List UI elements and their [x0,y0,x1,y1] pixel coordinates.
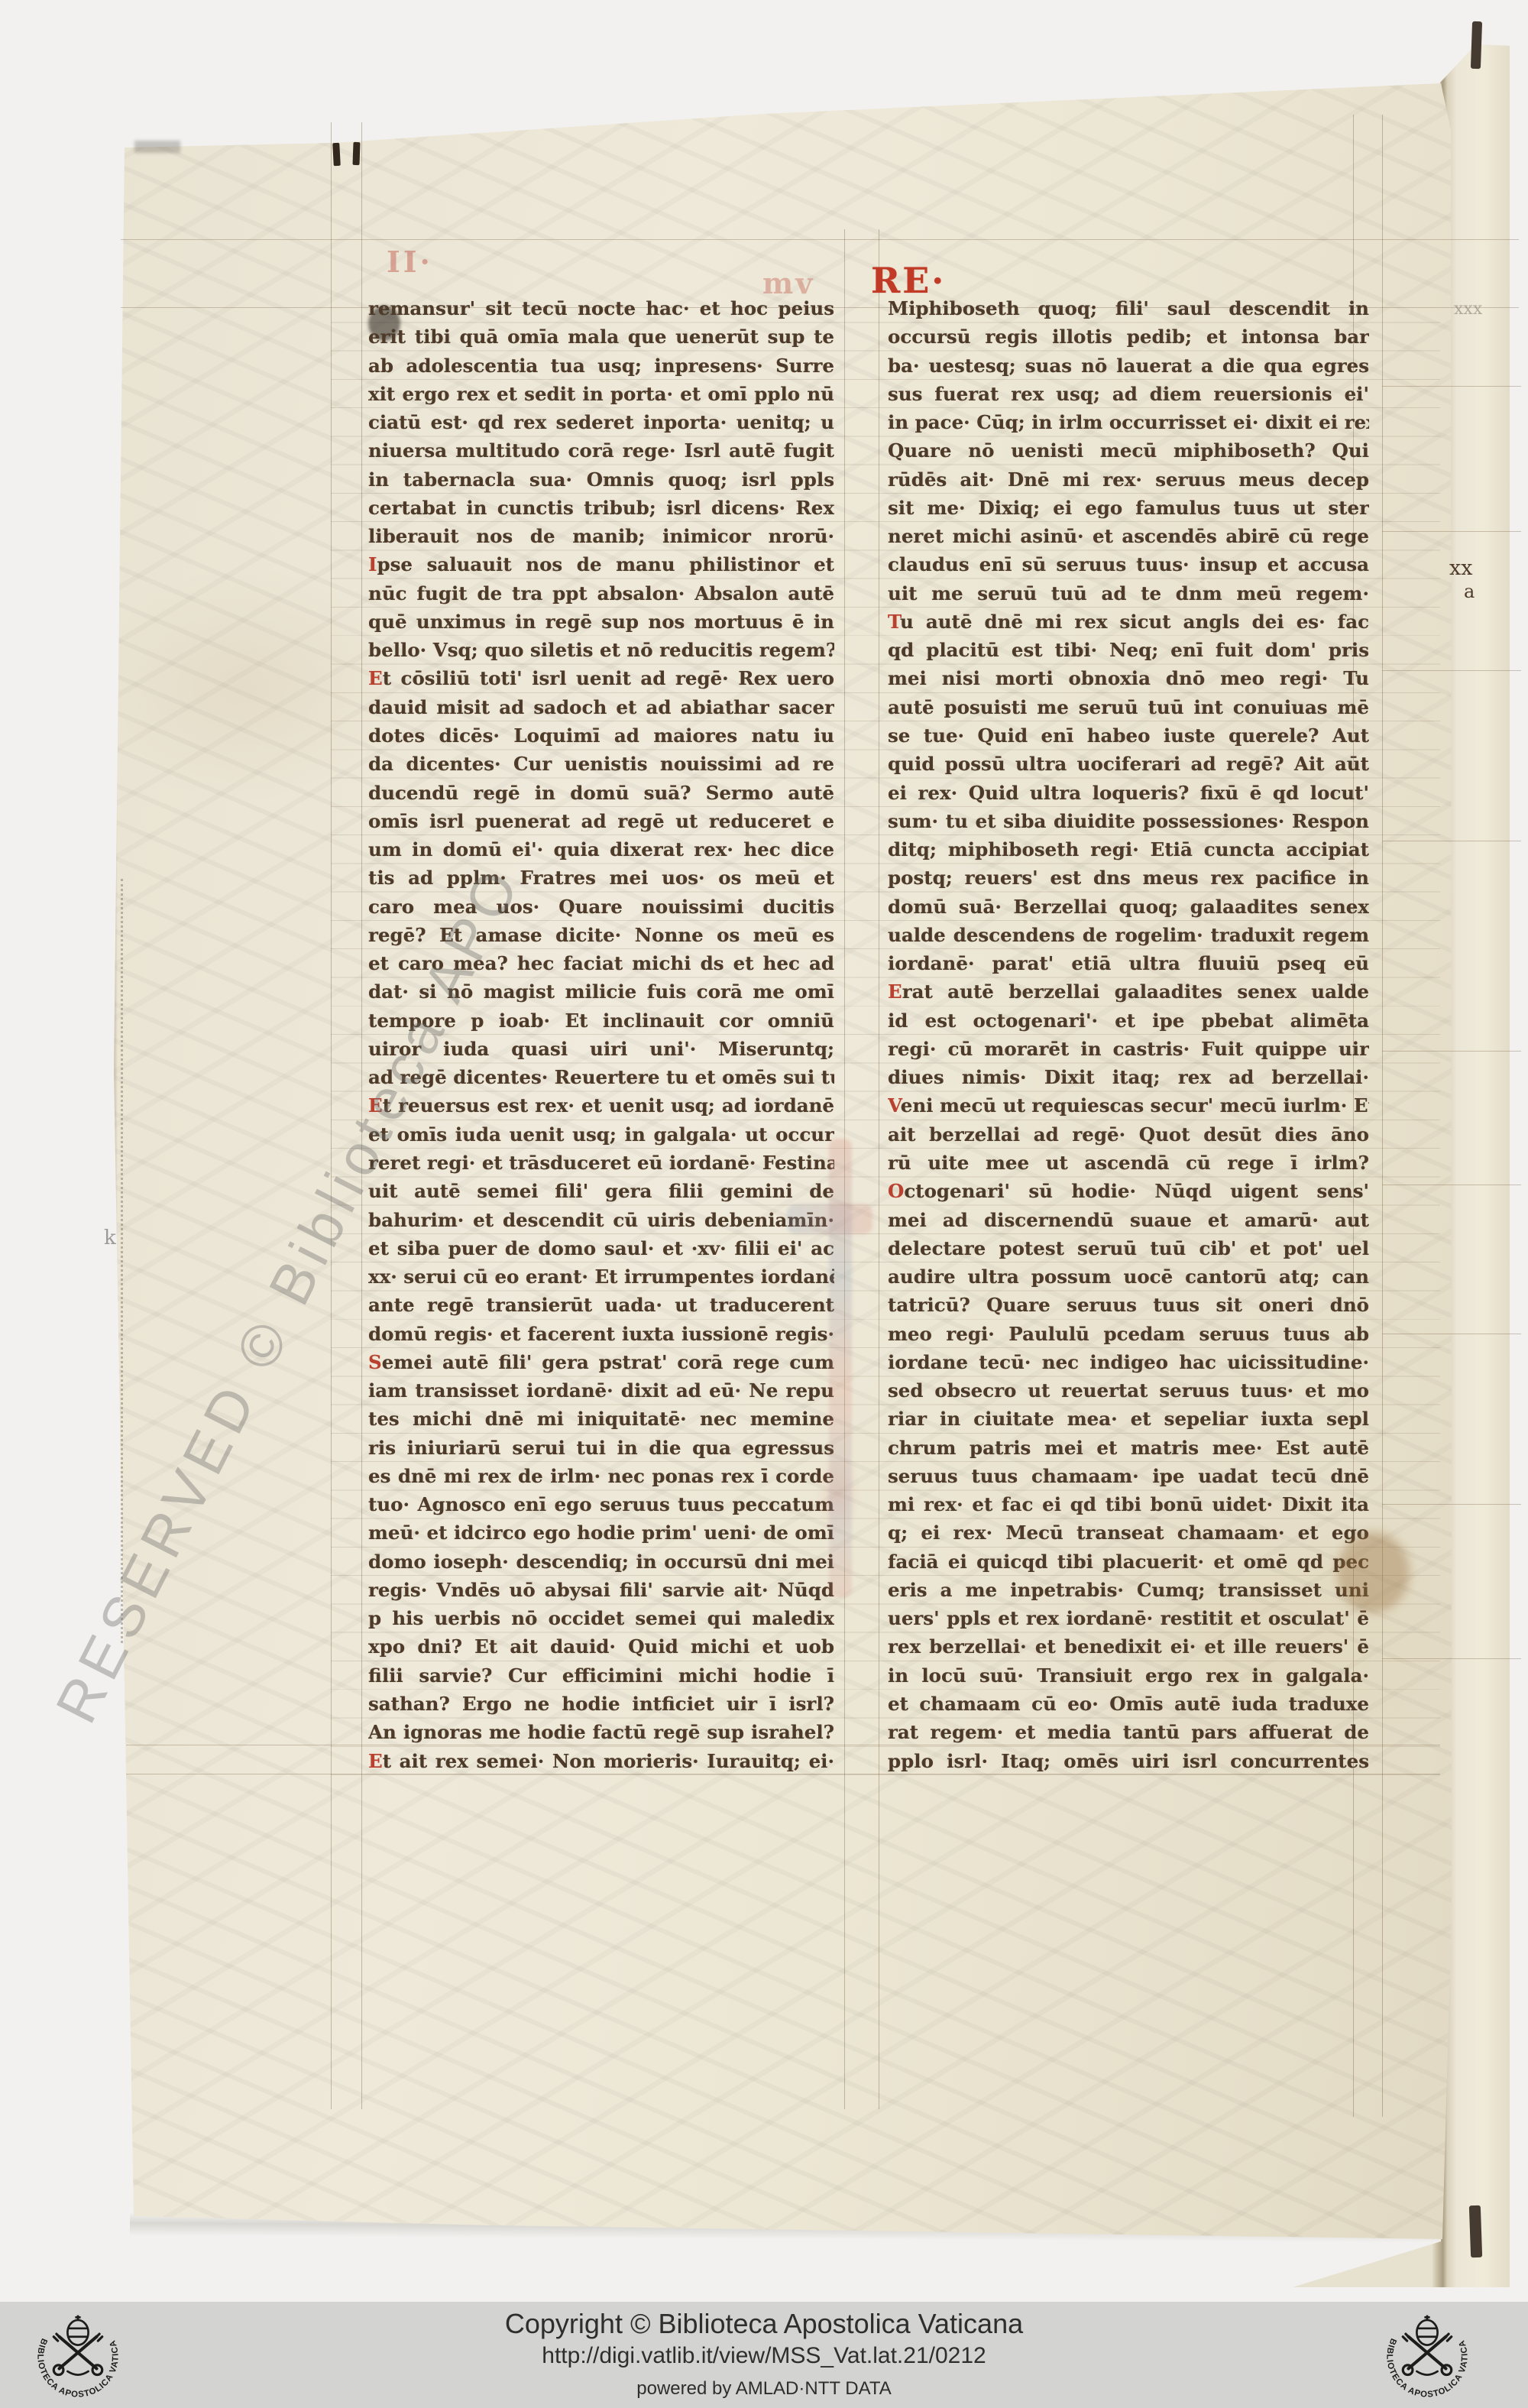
papal-tiara-icon [67,2316,88,2345]
manuscript-text-line: ante regē transierūt uada· ut traduceren… [368,1291,834,1319]
manuscript-text-line: niuersa multitudo corā rege· Isrl autē f… [368,436,834,465]
manuscript-text-line: Tu autē dnē mi rex sicut angls dei es· f… [888,608,1369,636]
manuscript-text-line: in pace· Cūq; in irlm occurrisset ei· di… [888,408,1369,436]
manuscript-text-line: Et cōsiliū toti' isrl uenit ad regē· Rex… [368,664,834,692]
ruling-extension [1382,1185,1521,1185]
manuscript-text-line: erit tibi quā omīa mala que uenerūt sup … [368,322,834,351]
manuscript-text-line: reret regi· et trāsduceret eū iordanē· F… [368,1149,834,1177]
manuscript-text-line: seruus tuus chamaam· ipe uadat tecū dnē [888,1462,1369,1490]
manuscript-text-line: rūdēs ait· Dnē mi rex· seruus meus decep [888,465,1369,494]
ink-mark [352,142,360,165]
manuscript-text-line: domo ioseph· descendiq; in occursū dni m… [368,1548,834,1576]
manuscript-text-line: delectare potest seruū tuū cib' et pot' … [888,1234,1369,1262]
rubricated-initial: O [888,1180,904,1202]
manuscript-text-line: tuo· Agnosco enī ego seruus tuus peccatu… [368,1490,834,1518]
crossed-keys-icon [1403,2334,1451,2374]
manuscript-text-line: Erat autē berzellai galaadites senex ual… [888,977,1369,1006]
manuscript-text-line: xit ergo rex et sedit in porta· et omī p… [368,380,834,408]
running-header-left: II· [387,245,433,279]
manuscript-text-line: ait berzellai ad regē· Quot desūt dies ā… [888,1120,1369,1149]
pricking-holes [121,879,123,1643]
margin-note: xx [1449,556,1472,580]
digitized-manuscript-page: II· mv RE· remansur' sit tecū nocte hac·… [0,0,1528,2408]
manuscript-text-line: meo regi· Paululū pcedam seruus tuus ab [888,1320,1369,1348]
footer-url: http://digi.vatlib.it/view/MSS_Vat.lat.2… [0,2343,1528,2369]
logo-ring-text: BIBLIOTECA APOSTOLICA VATICANA [26,2305,121,2400]
crossed-keys-icon [53,2334,102,2374]
manuscript-text-line: tis ad pplm· Fratres mei uos· os meū et [368,864,834,892]
manuscript-column-2: Miphiboseth quoq; fili' saul descendit i… [888,294,1369,1775]
manuscript-text-line: bahurim· et descendit cū uiris debeniamī… [368,1206,834,1234]
manuscript-text-line: xpo dni? Et ait dauid· Quid michi et uob [368,1632,834,1661]
manuscript-text-line: audire ultra possum uocē cantorū atq; ca… [888,1262,1369,1291]
manuscript-text-line: sum· tu et siba diuidite possessiones· R… [888,807,1369,835]
manuscript-text-line: certabat in cunctis tribub; isrl dicens·… [368,494,834,522]
manuscript-text-line: nūc fugit de tra ppt absalon· Absalon au… [368,579,834,608]
manuscript-text-line: tes michi dnē mi iniquitatē· nec memine [368,1405,834,1433]
manuscript-text-line: et siba puer de domo saul· et ·xv· filii… [368,1234,834,1262]
ink-mark [332,143,341,166]
rubricated-initial: V [888,1094,901,1116]
manuscript-text-line: remansur' sit tecū nocte hac· et hoc pei… [368,294,834,322]
papal-tiara-icon [1416,2316,1437,2345]
parchment-stain [1337,1532,1410,1612]
footer-copyright: Copyright © Biblioteca Apostolica Vatica… [0,2308,1528,2340]
rubricated-initial: E [368,667,383,689]
manuscript-text-line: occursū regis illotis pedib; et intonsa … [888,322,1369,351]
manuscript-text-line: Miphiboseth quoq; fili' saul descendit i… [888,294,1369,322]
manuscript-text-line: claudus enī sū seruus tuus· insup et acc… [888,550,1369,579]
manuscript-text-line: quē unximus in regē sup nos mortuus ē in [368,608,834,636]
manuscript-text-line: chrum patris mei et matris mee· Est autē [888,1434,1369,1462]
margin-note-faint: xxx [1454,300,1482,319]
manuscript-text-line: xx· serui cū eo erant· Et irrumpentes io… [368,1262,834,1291]
ruling-extension [1382,1334,1521,1334]
ruling-horizontal [121,239,1519,240]
rubricated-initial: I [368,553,377,575]
manuscript-text-line: riar in ciuitate mea· et sepeliar iuxta … [888,1405,1369,1433]
manuscript-text-line: postq; reuers' est dns meus rex pacifice… [888,864,1369,892]
rubricated-initial: S [368,1351,382,1373]
ghost-initial-offset [816,1452,860,1536]
manuscript-text-line: da dicentes· Cur uenistis nouissimi ad r… [368,750,834,778]
manuscript-text-line: in locū suū· Transiuit ergo rex in galga… [888,1661,1369,1690]
manuscript-text-line: uers' ppls et rex iordanē· restitit et o… [888,1604,1369,1632]
manuscript-text-line: dauid misit ad sadoch et ad abiathar sac… [368,693,834,721]
ruling-extension [1382,1051,1521,1052]
footer-powered-by: powered by AMLAD·NTT DATA [0,2378,1528,2400]
manuscript-text-line: neret michi asinū· et ascendēs abirē cū … [888,522,1369,550]
manuscript-text-line: eris a me inpetrabis· Cumq; transisset u… [888,1576,1369,1604]
manuscript-text-line: mei ad discernendū suaue et amarū· aut [888,1206,1369,1234]
rubricated-initial: E [368,1750,383,1772]
manuscript-text-line: meū· et idcirco ego hodie prim' ueni· de… [368,1518,834,1547]
manuscript-text-line: mi rex· et fac ei qd tibi bonū uidet· Di… [888,1490,1369,1518]
manuscript-text-line: uit autē semei fili' gera filii gemini d… [368,1177,834,1205]
manuscript-text-line: dotes dicēs· Loquimī ad maiores natu iu [368,721,834,750]
manuscript-text-line: quid possū ultra uociferari ad regē? Ait… [888,750,1369,778]
margin-note-letter: a [1464,581,1475,602]
manuscript-text-line: ris iniuriarū serui tui in die qua egres… [368,1434,834,1462]
manuscript-text-line: ba· uestesq; suas nō lauerat a die qua e… [888,352,1369,380]
ruling-extension [1382,670,1521,671]
manuscript-text-line: iordane tecū· nec indigeo hac uicissitud… [888,1348,1369,1376]
manuscript-text-line: um in domū ei'· quia dixerat rex· hec di… [368,835,834,864]
ruling-extension [1382,531,1521,532]
manuscript-text-line: domū suā· Berzellai quoq; galaadites sen… [888,893,1369,921]
ruling-extension [1382,841,1521,841]
manuscript-text-line: rex berzellai· et benedixit ei· et ille … [888,1632,1369,1661]
binding-edge-top [1471,21,1482,69]
manuscript-text-line: faciā ei quicqd tibi placuerit· et omē q… [888,1548,1369,1576]
manuscript-text-line: Semei autē fili' gera pstrat' corā rege … [368,1348,834,1376]
manuscript-text-line: q; ei rex· Mecū transeat chamaam· et ego [888,1518,1369,1547]
manuscript-text-line: tatricū? Quare seruus tuus sit oneri dnō [888,1291,1369,1319]
manuscript-text-line: rū uite mee ut ascendā cū rege ī irlm? [888,1149,1369,1177]
manuscript-text-line: diues nimis· Dixit itaq; rex ad berzella… [888,1063,1369,1091]
manuscript-text-line: iordanē· parat' etiā ultra fluuiū pseq e… [888,949,1369,977]
manuscript-text-line: es dnē mi rex de irlm· nec ponas rex ī c… [368,1462,834,1490]
manuscript-text-line: qd placitū est tibi· Neq; enī fuit dom' … [888,636,1369,664]
ruling-vertical [331,122,332,2109]
ruling-extension [1382,1658,1521,1659]
manuscript-text-line: filii sarvie? Cur efficimini michi hodie… [368,1661,834,1690]
vatican-library-logo-left: BIBLIOTECA APOSTOLICA VATICANA [26,2305,130,2408]
manuscript-text-line: se tue· Quid enī habeo iuste querele? Au… [888,721,1369,750]
manuscript-text-line: p his uerbis nō occidet semei qui maledi… [368,1604,834,1632]
manuscript-text-line: iam transisset iordanē· dixit ad eū· Ne … [368,1376,834,1405]
ruling-extension [1382,386,1521,387]
manuscript-text-line: domū regis· et facerent iuxta iussionē r… [368,1320,834,1348]
manuscript-text-line: bello· Vsq; quo siletis et nō reducitis … [368,636,834,664]
manuscript-text-line: ducendū regē in domū suā? Sermo autē [368,779,834,807]
pencil-mark: k [104,1227,116,1249]
manuscript-text-line: ditq; miphiboseth regi· Etiā cuncta acci… [888,835,1369,864]
manuscript-text-line: ualde descendens de rogelim· traduxit re… [888,921,1369,949]
manuscript-text-line: rat regem· et media tantū pars affuerat … [888,1718,1369,1746]
manuscript-text-line: sit me· Dixiq; ei ego famulus tuus ut st… [888,494,1369,522]
manuscript-text-line: et omīs iuda uenit usq; in galgala· ut o… [368,1120,834,1149]
vatican-library-logo-right: BIBLIOTECA APOSTOLICA VATICANA [1375,2305,1479,2408]
manuscript-text-line: Ipse saluauit nos de manu philistinor et [368,550,834,579]
manuscript-text-line: An ignoras me hodie factū regē sup israh… [368,1718,834,1746]
manuscript-text-line: uit me seruū tuū ad te dnm meū regem· [888,579,1369,608]
manuscript-text-line: sed obsecro ut reuertat seruus tuus· et … [888,1376,1369,1405]
binding-edge-bottom [1469,2205,1482,2257]
manuscript-text-line: caro mea uos· Quare nouissimi ducitis [368,893,834,921]
manuscript-text-line: regi· cū morarēt in castris· Fuit quippe… [888,1035,1369,1063]
rubricated-initial: E [888,980,902,1003]
manuscript-text-line: regis· Vndēs uō abysai fili' sarvie ait·… [368,1576,834,1604]
pencil-smudge [134,141,180,153]
manuscript-text-line: sus fuerat rex usq; ad diem reuersionis … [888,380,1369,408]
manuscript-text-line: Octogenari' sū hodie· Nūqd uigent sens' [888,1177,1369,1205]
manuscript-text-line: ciatū est· qd rex sederet inporta· uenit… [368,408,834,436]
manuscript-text-line: sathan? Ergo ne hodie intficiet uir ī is… [368,1690,834,1718]
manuscript-text-line: autē posuisti me seruū tuū int conuiuas … [888,693,1369,721]
ruling-vertical [1382,115,1383,2117]
rubricated-initial: T [888,611,900,633]
svg-text:BIBLIOTECA APOSTOLICA VATICANA: BIBLIOTECA APOSTOLICA VATICANA [26,2305,121,2400]
manuscript-text-line: Quare nō uenisti mecū miphiboseth? Qui [888,436,1369,465]
manuscript-text-line: id est octogenari'· et ipe pbebat alimēt… [888,1006,1369,1035]
manuscript-text-line: Veni mecū ut requiescas secur' mecū iurl… [888,1091,1369,1120]
manuscript-text-line: omīs isrl puenerat ad regē ut reduceret … [368,807,834,835]
ruling-vertical [879,229,879,2109]
ruling-extension [1382,1504,1521,1505]
svg-text:BIBLIOTECA APOSTOLICA VATICANA: BIBLIOTECA APOSTOLICA VATICANA [1375,2305,1470,2400]
manuscript-text-line: Et ait rex semei· Non morieris· Iurauitq… [368,1747,834,1775]
manuscript-text-line: ab adolescentia tua usq; inpresens· Surr… [368,352,834,380]
logo-ring-text: BIBLIOTECA APOSTOLICA VATICANA [1375,2305,1470,2400]
manuscript-text-line: in tabernacla sua· Omnis quoq; isrl ppls [368,465,834,494]
manuscript-text-line: et chamaam cū eo· Omīs autē iuda traduxe [888,1690,1369,1718]
manuscript-text-line: Et reuersus est rex· et uenit usq; ad io… [368,1091,834,1120]
manuscript-text-line: liberauit nos de manib; inimicor nrorū· [368,522,834,550]
manuscript-text-line: ei rex· Quid ultra loqueris? fixū ē qd l… [888,779,1369,807]
manuscript-text-line: mei nisi morti obnoxia dnō meo regi· Tu [888,664,1369,692]
manuscript-text-line: pplo isrl· Itaq; omēs uiri isrl concurre… [888,1747,1369,1775]
